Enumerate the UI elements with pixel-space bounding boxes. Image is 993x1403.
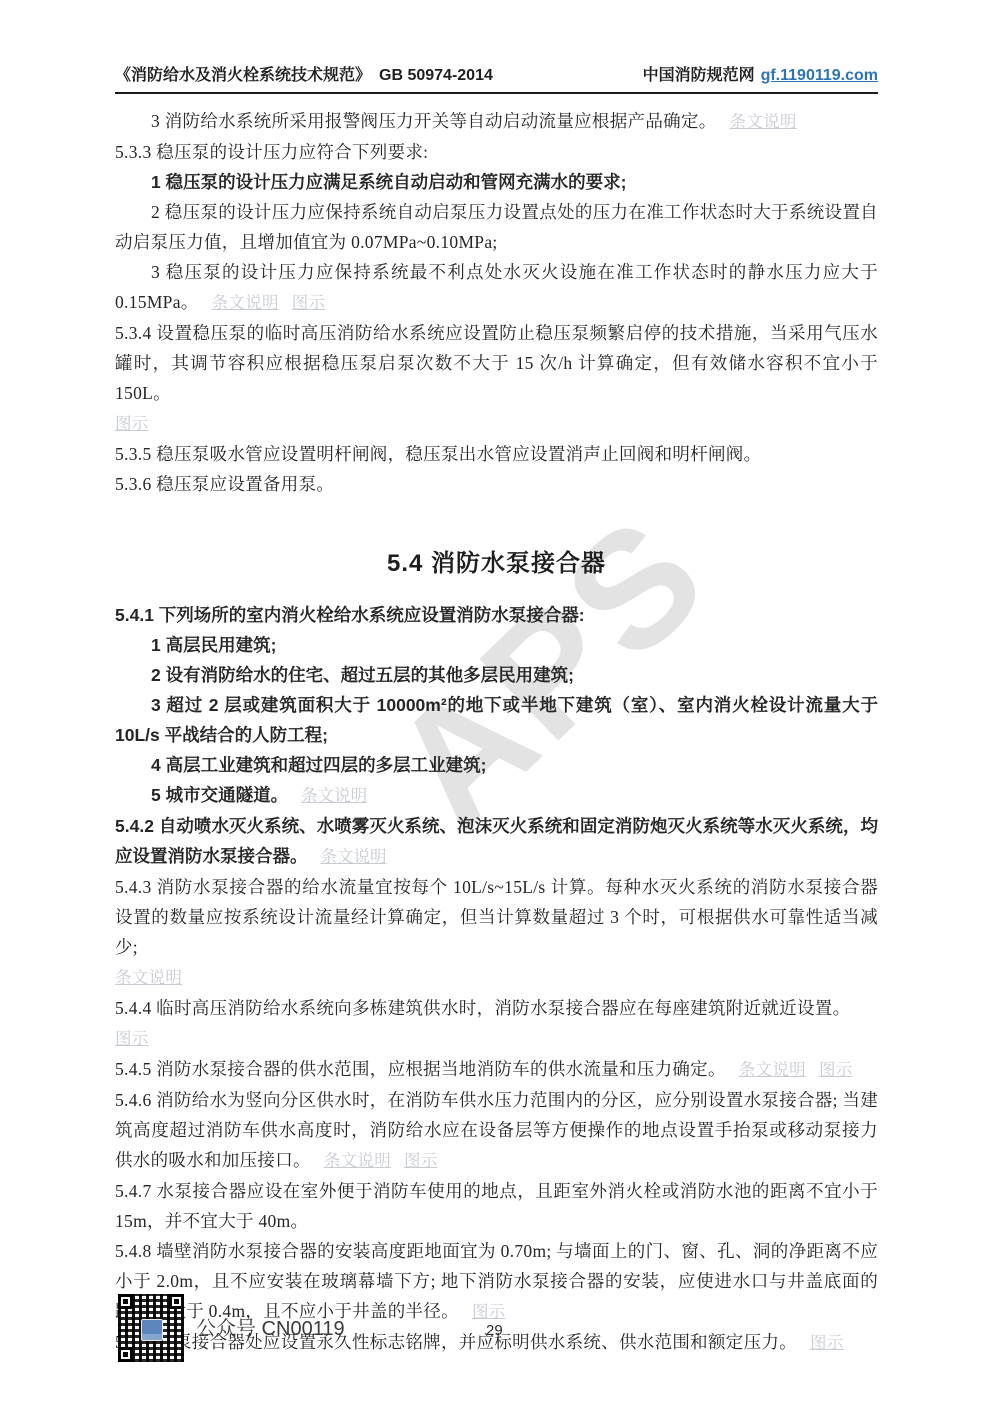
site-name: 中国消防规范网 [643,67,755,84]
clause-5-4-5: 5.4.5 消防水泵接合器的供水范围，应根据当地消防车的供水流量和压力确定。条文… [115,1054,878,1085]
clause-5-4-1: 5.4.1 下列场所的室内消火栓给水系统应设置消防水泵接合器: [115,600,878,630]
clause-5-3-4: 5.3.4 设置稳压泵的临时高压消防给水系统应设置防止稳压泵频繁启停的技术措施，… [115,318,878,408]
section-5-3-content: 3 消防给水系统所采用报警阀压力开关等自动启动流量应根据产品确定。条文说明5.3… [115,106,878,499]
commentary-link[interactable]: 条文说明 [730,112,797,131]
clause-5-3-3-text: 5.3.3 稳压泵的设计压力应符合下列要求: [115,142,428,162]
clause-5-4-2-text: 5.4.2 自动喷水灭火系统、水喷雾灭火系统、泡沫灭火系统和固定消防炮灭火系统等… [115,816,878,866]
item-5-3-3-1: 1 稳压泵的设计压力应满足系统自动启动和管网充满水的要求; [115,167,878,197]
commentary-link[interactable]: 条文说明 [301,786,367,805]
clause-5-4-4-text: 5.4.4 临时高压消防给水系统向多栋建筑供水时，消防水泵接合器应在每座建筑附近… [115,998,850,1018]
item-5-3-3-2-text: 2 稳压泵的设计压力应保持系统自动启泵压力设置点处的压力在准工作状态时大于系统设… [115,202,878,252]
clause-5-4-7: 5.4.7 水泵接合器应设在室外便于消防车使用的地点，且距室外消火栓或消防水池的… [115,1176,878,1236]
clause-5-3-3: 5.3.3 稳压泵的设计压力应符合下列要求: [115,137,878,167]
section-heading: 5.4 消防水泵接合器 [115,543,878,578]
qr-center-logo [141,1319,163,1341]
header-left: 《消防给水及消火栓系统技术规范》GB 50974-2014 [115,62,493,85]
clause-5-4-3-text: 5.4.3 消防水泵接合器的给水流量宜按每个 10L/s~15L/s 计算。每种… [115,877,878,957]
figure-link[interactable]: 图示 [404,1151,438,1170]
qr-code [118,1294,184,1362]
doc-title: 《消防给水及消火栓系统技术规范》 [115,67,371,84]
item-5-3-3-1-text: 1 稳压泵的设计压力应满足系统自动启动和管网充满水的要求; [151,172,626,192]
qr-finder-bottom-left [118,1347,133,1362]
clause-5-4-7-text: 5.4.7 水泵接合器应设在室外便于消防车使用的地点，且距室外消火栓或消防水池的… [115,1181,878,1231]
item-5-4-1-1: 1 高层民用建筑; [115,630,878,660]
item-5-4-1-1-text: 1 高层民用建筑; [151,635,276,655]
clause-5-4-3-links-row: 条文说明 [115,962,878,993]
document-body: 3 消防给水系统所采用报警阀压力开关等自动启动流量应根据产品确定。条文说明5.3… [115,106,878,1358]
item-5-3-2-3-text: 3 消防给水系统所采用报警阀压力开关等自动启动流量应根据产品确定。 [151,111,717,131]
commentary-link[interactable]: 条文说明 [324,1151,391,1170]
section-5-4-content: 5.4.1 下列场所的室内消火栓给水系统应设置消防水泵接合器:1 高层民用建筑;… [115,600,878,1358]
item-5-4-1-2-text: 2 设有消防给水的住宅、超过五层的其他多层民用建筑; [151,665,574,685]
commentary-link[interactable]: 条文说明 [115,968,182,987]
clause-5-3-6-text: 5.3.6 稳压泵应设置备用泵。 [115,474,334,494]
item-5-3-3-3: 3 稳压泵的设计压力应保持系统最不利点处水灭火设施在准工作状态时的静水压力应大于… [115,257,878,318]
commentary-link[interactable]: 条文说明 [739,1060,806,1079]
clause-5-3-5-text: 5.3.5 稳压泵吸水管应设置明杆闸阀，稳压泵出水管应设置消声止回阀和明杆闸阀。 [115,444,761,464]
clause-5-4-5-text: 5.4.5 消防水泵接合器的供水范围，应根据当地消防车的供水流量和压力确定。 [115,1059,726,1079]
item-5-4-1-4: 4 高层工业建筑和超过四层的多层工业建筑; [115,750,878,780]
page-number: 29 [486,1322,503,1339]
figure-link[interactable]: 图示 [115,1029,149,1048]
page-header: 《消防给水及消火栓系统技术规范》GB 50974-2014 中国消防规范网gf.… [115,62,878,94]
figure-link[interactable]: 图示 [292,293,326,312]
item-5-4-1-3: 3 超过 2 层或建筑面积大于 10000m²的地下或半地下建筑（室）、室内消火… [115,690,878,750]
item-5-4-1-4-text: 4 高层工业建筑和超过四层的多层工业建筑; [151,755,486,775]
item-5-4-1-5: 5 城市交通隧道。条文说明 [115,780,878,811]
clause-5-4-1-text: 5.4.1 下列场所的室内消火栓给水系统应设置消防水泵接合器: [115,605,585,625]
clause-5-4-6-text: 5.4.6 消防给水为竖向分区供水时，在消防车供水压力范围内的分区，应分别设置水… [115,1090,878,1170]
clause-5-3-6: 5.3.6 稳压泵应设置备用泵。 [115,469,878,499]
commentary-link[interactable]: 条文说明 [212,293,279,312]
document-page: APS 《消防给水及消火栓系统技术规范》GB 50974-2014 中国消防规范… [0,0,993,1403]
header-right: 中国消防规范网gf.1190119.com [643,62,878,85]
qr-label: 公众号 CN00119 [196,1312,345,1341]
item-5-3-3-2: 2 稳压泵的设计压力应保持系统自动启泵压力设置点处的压力在准工作状态时大于系统设… [115,197,878,257]
doc-number: GB 50974-2014 [379,67,493,84]
clause-5-4-2: 5.4.2 自动喷水灭火系统、水喷雾灭火系统、泡沫灭火系统和固定消防炮灭火系统等… [115,811,878,872]
clause-5-3-4-text: 5.3.4 设置稳压泵的临时高压消防给水系统应设置防止稳压泵频繁启停的技术措施，… [115,323,878,403]
qr-finder-top-right [169,1294,184,1309]
clause-5-4-4: 5.4.4 临时高压消防给水系统向多栋建筑供水时，消防水泵接合器应在每座建筑附近… [115,993,878,1023]
clause-5-4-4-links-row: 图示 [115,1023,878,1054]
clause-5-3-5: 5.3.5 稳压泵吸水管应设置明杆闸阀，稳压泵出水管应设置消声止回阀和明杆闸阀。 [115,439,878,469]
clause-5-4-6: 5.4.6 消防给水为竖向分区供水时，在消防车供水压力范围内的分区，应分别设置水… [115,1085,878,1176]
figure-link[interactable]: 图示 [819,1060,853,1079]
item-5-4-1-2: 2 设有消防给水的住宅、超过五层的其他多层民用建筑; [115,660,878,690]
qr-finder-top-left [118,1294,133,1309]
clause-5-4-3: 5.4.3 消防水泵接合器的给水流量宜按每个 10L/s~15L/s 计算。每种… [115,872,878,962]
item-5-4-1-3-text: 3 超过 2 层或建筑面积大于 10000m²的地下或半地下建筑（室）、室内消火… [115,695,878,745]
commentary-link[interactable]: 条文说明 [321,847,387,866]
page-footer: 公众号 CN00119 29 [0,1290,993,1390]
item-5-3-2-3: 3 消防给水系统所采用报警阀压力开关等自动启动流量应根据产品确定。条文说明 [115,106,878,137]
clause-5-3-4-links-row: 图示 [115,408,878,439]
site-link[interactable]: gf.1190119.com [761,67,878,84]
item-5-4-1-5-text: 5 城市交通隧道。 [151,785,288,805]
figure-link[interactable]: 图示 [115,414,149,433]
